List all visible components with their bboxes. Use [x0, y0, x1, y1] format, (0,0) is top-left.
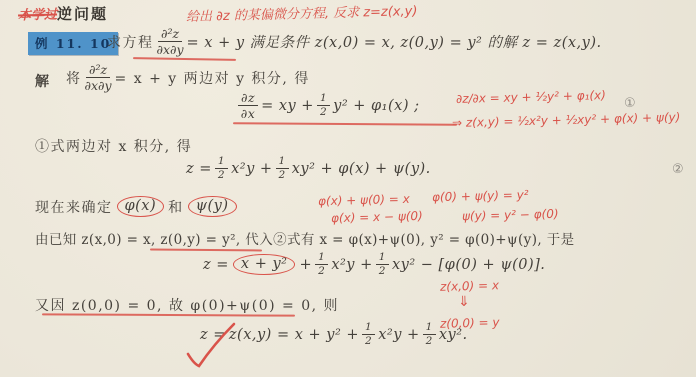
equation-final-seg3: x²y + [378, 327, 419, 343]
partial-derivative-fraction: ∂²z ∂x∂y [85, 63, 112, 92]
fraction-numerator: 1 [317, 93, 330, 106]
equation-3-seg4: xy² − [φ(0) + ψ(0)]. [392, 257, 545, 273]
psi-y-circled: ψ(y) [188, 196, 237, 217]
fraction-numerator: 1 [362, 322, 375, 335]
equation-3-seg1: z = [203, 257, 229, 273]
example-badge: 例 11. 10 [28, 32, 118, 55]
dz-dx-fraction: ∂z ∂x [238, 91, 258, 120]
problem-statement: 求方程 ∂²z ∂x∂y = x + y 满足条件 z(x,0) = x, z(… [107, 27, 602, 56]
red-check-strike-icon [184, 320, 238, 372]
equation-3-seg2: + [299, 257, 312, 273]
x-plus-y2-circled: x + y² [233, 254, 296, 275]
one-half-fraction: 1 2 [215, 156, 228, 181]
integrate-step-text: ①式两边对 x 积分, 得 [35, 136, 192, 156]
determine-and-text: 和 [168, 197, 184, 217]
textbook-page: 本学过 逆问题 给出 ∂z 的某偏微分方程, 反求 z=z(x,y) 例 11.… [0, 0, 696, 377]
fraction-denominator: 2 [426, 335, 433, 347]
red-underline [42, 313, 295, 316]
one-half-fraction: 1 2 [376, 252, 389, 277]
fraction-denominator: 2 [318, 265, 325, 277]
fraction-numerator: 1 [423, 322, 436, 335]
fraction-numerator: 1 [376, 252, 389, 265]
partial-derivative-fraction: ∂²z ∂x∂y [157, 27, 184, 56]
one-half-fraction: 1 2 [276, 156, 289, 181]
one-half-fraction: 1 2 [317, 93, 330, 118]
fraction-numerator: ∂z [238, 91, 258, 106]
equation-final-seg2: z(x,y) = x + y² + [229, 327, 359, 343]
solve-pre-text: 将 [66, 68, 82, 88]
fraction-numerator: ∂²z [158, 27, 182, 42]
known-conditions-line: 由已知 z(x,0) = x, z(0,y) = y², 代入②式有 x = φ… [35, 228, 575, 248]
problem-pre-text: 求方程 [107, 32, 154, 52]
equation-3-seg3: x²y + [331, 257, 372, 273]
double-down-arrow-icon: ⇓ [458, 294, 470, 310]
one-half-fraction: 1 2 [423, 322, 436, 347]
handwritten-note-phi-psi-c: φ(x) = x − ψ(0) [331, 209, 423, 225]
equation-2: z = 1 2 x²y + 1 2 xy² + φ(x) + ψ(y). [186, 156, 431, 181]
equation-2-seg1: z = [186, 161, 212, 177]
solve-post-text: = x + y 两边对 y 积分, 得 [115, 68, 310, 88]
fraction-denominator: 2 [379, 265, 386, 277]
handwritten-note-zx0: z(x,0) = x [440, 278, 499, 294]
equation-1-number: ① [624, 96, 636, 111]
equation-2-seg3: xy² + φ(x) + ψ(y). [292, 161, 431, 177]
fraction-numerator: 1 [276, 156, 289, 169]
equation-1-seg2: y² + φ₁(x) ; [333, 98, 419, 114]
fraction-denominator: 2 [218, 169, 225, 181]
equation-1: ∂z ∂x = xy + 1 2 y² + φ₁(x) ; [238, 91, 419, 120]
fraction-denominator: ∂x [241, 106, 256, 120]
determine-line: 现在来确定 φ(x) 和 ψ(y) [35, 196, 238, 217]
equation-1-seg1: = xy + [261, 98, 314, 114]
determine-pre-text: 现在来确定 [35, 197, 113, 217]
red-underline [233, 122, 457, 126]
equation-2-seg2: x²y + [231, 161, 272, 177]
solve-label: 解 [35, 71, 51, 91]
red-underline [133, 57, 236, 61]
phi-x-circled: φ(x) [117, 196, 165, 217]
fraction-numerator: 1 [215, 156, 228, 169]
fraction-denominator: ∂x∂y [157, 42, 184, 56]
one-half-fraction: 1 2 [362, 322, 375, 347]
equation-2-number: ② [672, 162, 684, 177]
handwritten-note-eq1-line2: ⇒ z(x,y) = ½x²y + ½xy² + φ(x) + ψ(y) [452, 110, 681, 130]
handwritten-note-eq1-line1: ∂z/∂x = xy + ½y² + φ₁(x) [456, 88, 606, 106]
equation-final: z = z(x,y) = x + y² + 1 2 x²y + 1 2 xy². [200, 322, 468, 347]
fraction-numerator: 1 [315, 252, 328, 265]
handwritten-top-note: 给出 ∂z 的某偏微分方程, 反求 z=z(x,y) [186, 0, 418, 25]
fraction-denominator: 2 [279, 169, 286, 181]
equation-3: z = x + y² + 1 2 x²y + 1 2 xy² − [φ(0) +… [203, 252, 545, 277]
handwritten-note-phi-psi-b: φ(0) + ψ(y) = y² [432, 188, 529, 205]
fraction-denominator: ∂x∂y [85, 78, 112, 92]
handwritten-note-phi-psi-a: φ(x) + ψ(0) = x [318, 192, 410, 208]
problem-post-text: = x + y 满足条件 z(x,0) = x, z(0,y) = y² 的解 … [187, 31, 602, 52]
fraction-denominator: 2 [365, 335, 372, 347]
because-line: 又因 z(0,0) = 0, 故 φ(0)+ψ(0) = 0, 则 [35, 295, 339, 315]
one-half-fraction: 1 2 [315, 252, 328, 277]
crossed-out-handwriting: 本学过 [18, 3, 57, 23]
section-title: 逆问题 [57, 3, 108, 24]
equation-final-seg4: xy². [439, 327, 468, 343]
fraction-denominator: 2 [320, 106, 327, 118]
fraction-numerator: ∂²z [86, 63, 110, 78]
solve-step-line: 将 ∂²z ∂x∂y = x + y 两边对 y 积分, 得 [66, 63, 310, 92]
handwritten-note-phi-psi-d: ψ(y) = y² − φ(0) [462, 207, 559, 224]
